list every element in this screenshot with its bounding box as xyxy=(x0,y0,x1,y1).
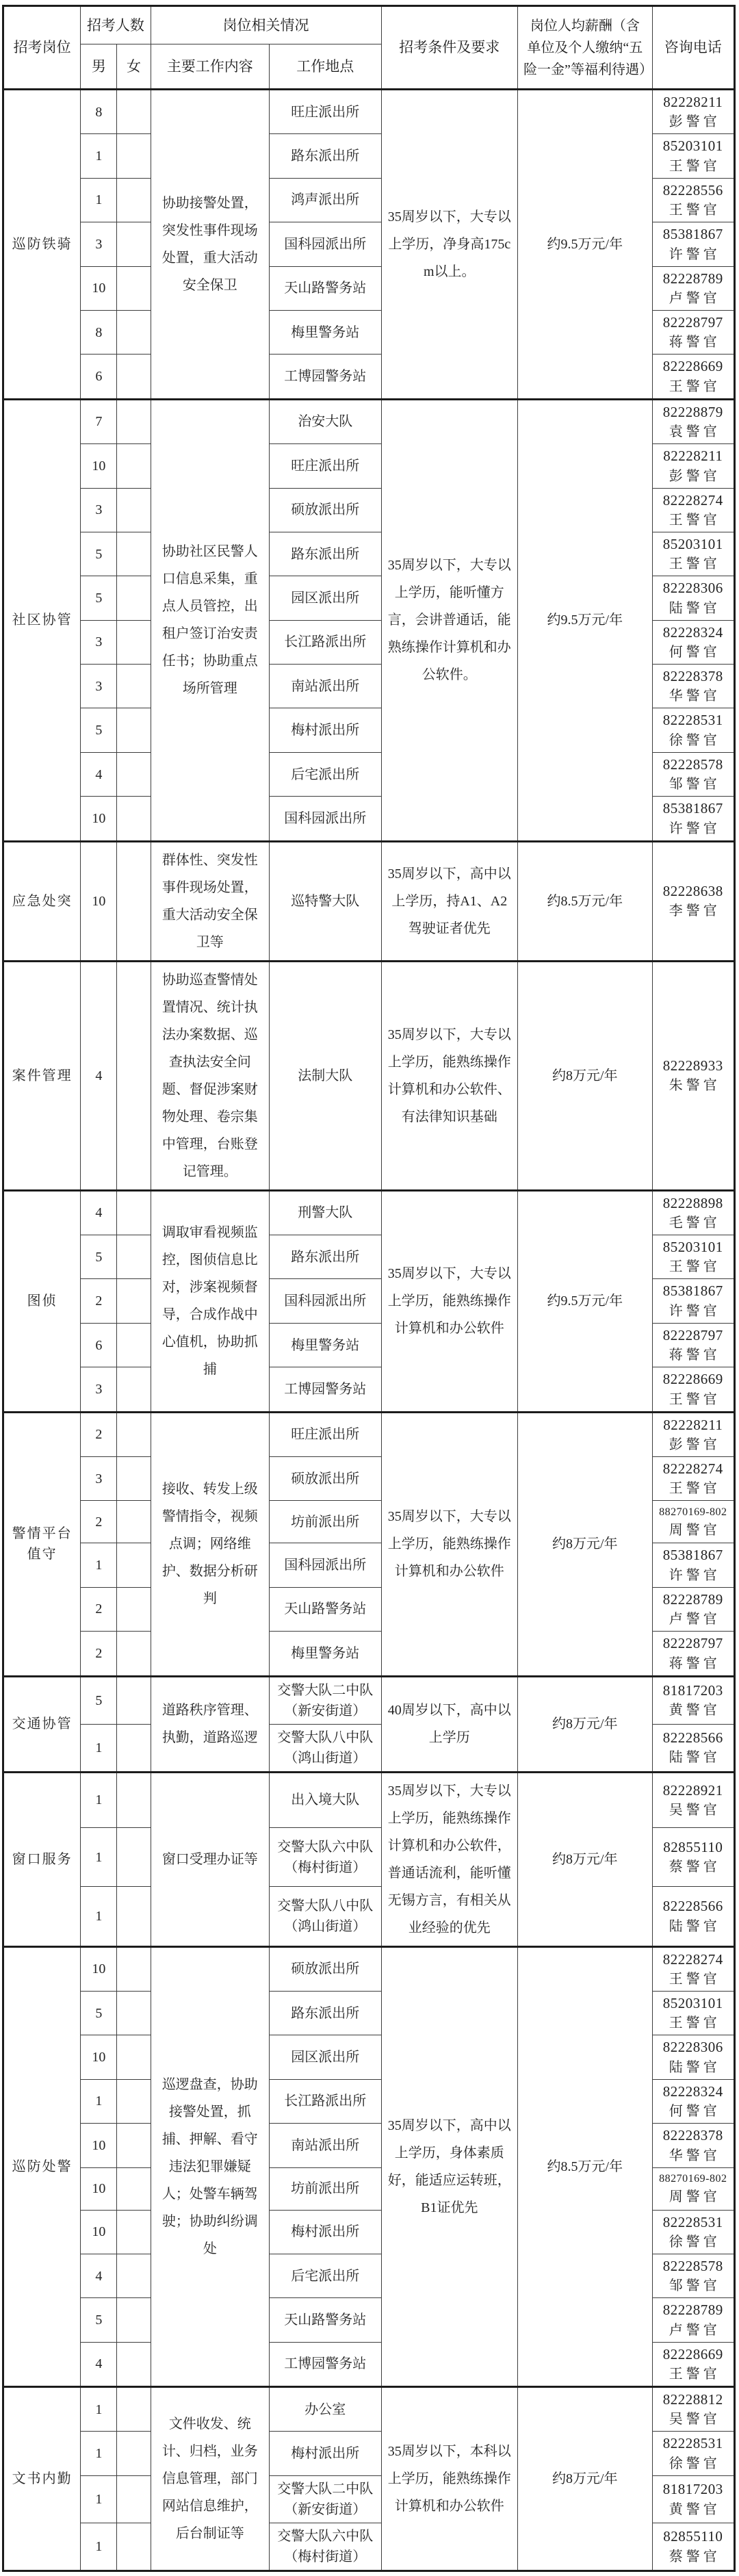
phone-cell: 82228879袁警官 xyxy=(652,399,734,443)
position-cell: 巡防处警 xyxy=(3,1946,81,2387)
location-cell: 国科园派出所 xyxy=(270,1543,381,1587)
location-cell: 巡特警大队 xyxy=(270,841,381,961)
header-requirement: 招考条件及要求 xyxy=(381,6,518,90)
phone-number: 82228638 xyxy=(654,881,732,901)
location-cell: 鸿声派出所 xyxy=(270,178,381,222)
female-count-cell xyxy=(117,1828,151,1887)
contact-name: 王警官 xyxy=(654,157,732,176)
phone-cell: 88270169-802周警官 xyxy=(652,2167,734,2210)
phone-number: 82228566 xyxy=(654,1728,732,1748)
phone-number: 82228324 xyxy=(654,623,732,643)
phone-cell: 82228556王警官 xyxy=(652,178,734,222)
phone-number: 82228531 xyxy=(654,2434,732,2453)
male-count-cell: 4 xyxy=(81,961,117,1190)
position-cell: 文书内勤 xyxy=(3,2387,81,2571)
location-cell: 工博园警务站 xyxy=(270,2342,381,2386)
female-count-cell xyxy=(117,1456,151,1500)
phone-number: 82228578 xyxy=(654,755,732,775)
male-count-cell: 2 xyxy=(81,1412,117,1456)
phone-cell: 82855110蔡警官 xyxy=(652,1828,734,1887)
male-count-cell: 8 xyxy=(81,90,117,134)
phone-cell: 82228933朱警官 xyxy=(652,961,734,1190)
contact-name: 王警官 xyxy=(654,554,732,574)
location-cell: 路东派出所 xyxy=(270,532,381,576)
location-cell: 工博园警务站 xyxy=(270,355,381,399)
male-count-cell: 1 xyxy=(81,2475,117,2523)
work-content-cell: 群体性、突发性事件现场处置，重大活动安全保卫等 xyxy=(151,841,269,961)
location-cell: 旺庄派出所 xyxy=(270,90,381,134)
contact-name: 卢警官 xyxy=(654,2321,732,2340)
contact-name: 卢警官 xyxy=(654,1610,732,1629)
phone-number: 82228566 xyxy=(654,1896,732,1916)
phone-cell: 85203101王警官 xyxy=(652,134,734,178)
male-count-cell: 4 xyxy=(81,2342,117,2386)
male-count-cell: 10 xyxy=(81,797,117,841)
phone-cell: 82228898毛警官 xyxy=(652,1190,734,1235)
contact-name: 华警官 xyxy=(654,686,732,706)
contact-name: 何警官 xyxy=(654,643,732,662)
female-count-cell xyxy=(117,708,151,752)
phone-cell: 82228324何警官 xyxy=(652,620,734,664)
contact-name: 许警官 xyxy=(654,1566,732,1585)
contact-name: 蔡警官 xyxy=(654,1857,732,1877)
work-content-cell: 协助巡查警情处置情况、统计执法办案数据、巡查执法安全问题、督促涉案财物处理、卷宗… xyxy=(151,961,269,1190)
location-cell: 梅里警务站 xyxy=(270,310,381,354)
male-count-cell: 3 xyxy=(81,222,117,266)
female-count-cell xyxy=(117,266,151,310)
position-cell: 巡防铁骑 xyxy=(3,90,81,400)
phone-cell: 82228274王警官 xyxy=(652,1456,734,1500)
location-cell: 交警大队八中队（鸿山街道） xyxy=(270,1724,381,1772)
phone-number: 82228306 xyxy=(654,578,732,598)
phone-cell: 82228211彭警官 xyxy=(652,444,734,488)
contact-name: 彭警官 xyxy=(654,112,732,131)
contact-name: 王警官 xyxy=(654,2013,732,2033)
contact-name: 王警官 xyxy=(654,511,732,530)
contact-name: 王警官 xyxy=(654,377,732,396)
phone-number: 82228306 xyxy=(654,2037,732,2057)
location-cell: 天山路警务站 xyxy=(270,2298,381,2342)
phone-cell: 82228566陆警官 xyxy=(652,1724,734,1772)
contact-name: 陆警官 xyxy=(654,599,732,618)
phone-cell: 88270169-802周警官 xyxy=(652,1501,734,1543)
male-count-cell: 5 xyxy=(81,1235,117,1279)
contact-name: 朱警官 xyxy=(654,1076,732,1095)
male-count-cell: 10 xyxy=(81,2210,117,2254)
phone-number: 82228812 xyxy=(654,2390,732,2410)
female-count-cell xyxy=(117,2342,151,2386)
table-row: 文书内勤1文件收发、统计、归档，业务信息管理，部门网站信息维护，后台制证等办公室… xyxy=(3,2387,735,2432)
table-row: 窗口服务1窗口受理办证等出入境大队35周岁以下，大专以上学历，能熟练操作计算机和… xyxy=(3,1772,735,1828)
phone-cell: 82228797蒋警官 xyxy=(652,1632,734,1676)
male-count-cell: 10 xyxy=(81,1946,117,1991)
location-cell: 后宅派出所 xyxy=(270,2254,381,2297)
phone-number: 82228274 xyxy=(654,491,732,511)
phone-number: 82855110 xyxy=(654,2527,732,2547)
requirement-cell: 35周岁以下，大专以上学历，能熟练操作计算机和办公软件 xyxy=(381,1190,518,1412)
location-cell: 治安大队 xyxy=(270,399,381,443)
location-cell: 国科园派出所 xyxy=(270,797,381,841)
female-count-cell xyxy=(117,1946,151,1991)
female-count-cell xyxy=(117,1323,151,1367)
female-count-cell xyxy=(117,2387,151,2432)
male-count-cell: 1 xyxy=(81,2432,117,2475)
salary-cell: 约8万元/年 xyxy=(518,1412,653,1676)
phone-cell: 82228578邹警官 xyxy=(652,2254,734,2297)
phone-number: 82228797 xyxy=(654,1634,732,1653)
location-cell: 工博园警务站 xyxy=(270,1367,381,1412)
contact-name: 吴警官 xyxy=(654,1801,732,1820)
contact-name: 蒋警官 xyxy=(654,1654,732,1673)
female-count-cell xyxy=(117,1279,151,1323)
header-work-content: 主要工作内容 xyxy=(151,44,269,90)
phone-number: 85381867 xyxy=(654,224,732,244)
salary-cell: 约8万元/年 xyxy=(518,1772,653,1946)
female-count-cell xyxy=(117,2035,151,2079)
header-work-location: 工作地点 xyxy=(270,44,381,90)
location-cell: 旺庄派出所 xyxy=(270,444,381,488)
phone-cell: 81817203黄警官 xyxy=(652,2475,734,2523)
phone-cell: 82228638李警官 xyxy=(652,841,734,961)
phone-number: 82228789 xyxy=(654,1590,732,1610)
phone-number: 82228556 xyxy=(654,181,732,201)
phone-number: 82228669 xyxy=(654,2345,732,2365)
male-count-cell: 10 xyxy=(81,266,117,310)
male-count-cell: 1 xyxy=(81,134,117,178)
contact-name: 徐警官 xyxy=(654,2232,732,2252)
phone-number: 82228211 xyxy=(654,92,732,112)
male-count-cell: 3 xyxy=(81,665,117,708)
phone-cell: 82228789卢警官 xyxy=(652,1587,734,1631)
contact-name: 华警官 xyxy=(654,2146,732,2165)
female-count-cell xyxy=(117,1543,151,1587)
female-count-cell xyxy=(117,2079,151,2123)
female-count-cell xyxy=(117,2475,151,2523)
male-count-cell: 1 xyxy=(81,1887,117,1946)
phone-number: 82855110 xyxy=(654,1838,732,1857)
header-female: 女 xyxy=(117,44,151,90)
male-count-cell: 6 xyxy=(81,355,117,399)
location-cell: 坊前派出所 xyxy=(270,2167,381,2210)
female-count-cell xyxy=(117,134,151,178)
phone-cell: 82228578邹警官 xyxy=(652,752,734,796)
location-cell: 梅里警务站 xyxy=(270,1632,381,1676)
female-count-cell xyxy=(117,620,151,664)
phone-number: 82228274 xyxy=(654,1459,732,1479)
location-cell: 硕放派出所 xyxy=(270,488,381,532)
female-count-cell xyxy=(117,1412,151,1456)
location-cell: 旺庄派出所 xyxy=(270,1412,381,1456)
male-count-cell: 1 xyxy=(81,1543,117,1587)
contact-name: 蒋警官 xyxy=(654,333,732,352)
female-count-cell xyxy=(117,488,151,532)
location-cell: 坊前派出所 xyxy=(270,1501,381,1543)
male-count-cell: 3 xyxy=(81,488,117,532)
phone-number: 82228797 xyxy=(654,313,732,333)
location-cell: 国科园派出所 xyxy=(270,1279,381,1323)
work-content-cell: 巡逻盘查，协助接警处置，抓捕、押解、看守违法犯罪嫌疑人；处警车辆驾驶；协助纠纷调… xyxy=(151,1946,269,2387)
phone-cell: 82228669王警官 xyxy=(652,2342,734,2386)
header-phone: 咨询电话 xyxy=(652,6,734,90)
phone-number: 82228933 xyxy=(654,1056,732,1076)
location-cell: 出入境大队 xyxy=(270,1772,381,1828)
female-count-cell xyxy=(117,1190,151,1235)
female-count-cell xyxy=(117,90,151,134)
phone-number: 82228211 xyxy=(654,446,732,466)
position-cell: 社区协管 xyxy=(3,399,81,841)
male-count-cell: 1 xyxy=(81,2387,117,2432)
phone-number: 82228324 xyxy=(654,2082,732,2102)
location-cell: 硕放派出所 xyxy=(270,1946,381,1991)
position-cell: 警情平台值守 xyxy=(3,1412,81,1676)
phone-cell: 81817203黄警官 xyxy=(652,1676,734,1724)
header-row-1: 招考岗位 招考人数 岗位相关情况 招考条件及要求 岗位人均薪酬（含单位及个人缴纳… xyxy=(3,6,735,44)
male-count-cell: 10 xyxy=(81,444,117,488)
male-count-cell: 7 xyxy=(81,399,117,443)
table-row: 图侦4调取审看视频监控，图侦信息比对，涉案视频督导，合成作战中心值机，协助抓捕刑… xyxy=(3,1190,735,1235)
male-count-cell: 3 xyxy=(81,1367,117,1412)
table-row: 警情平台值守2接收、转发上级警情指令，视频点调；网络维护、数据分析研判旺庄派出所… xyxy=(3,1412,735,1456)
recruitment-table: 招考岗位 招考人数 岗位相关情况 招考条件及要求 岗位人均薪酬（含单位及个人缴纳… xyxy=(2,5,736,2572)
contact-name: 许警官 xyxy=(654,1302,732,1321)
female-count-cell xyxy=(117,2254,151,2297)
position-cell: 图侦 xyxy=(3,1190,81,1412)
requirement-cell: 35周岁以下，大专以上学历，能熟练操作计算机和办公软件，普通话流利，能听懂无锡方… xyxy=(381,1772,518,1946)
female-count-cell xyxy=(117,178,151,222)
phone-cell: 82228789卢警官 xyxy=(652,266,734,310)
salary-cell: 约9.5万元/年 xyxy=(518,1190,653,1412)
contact-name: 彭警官 xyxy=(654,1435,732,1454)
female-count-cell xyxy=(117,2167,151,2210)
location-cell: 刑警大队 xyxy=(270,1190,381,1235)
male-count-cell: 3 xyxy=(81,620,117,664)
contact-name: 陆警官 xyxy=(654,1748,732,1767)
contact-name: 邹警官 xyxy=(654,2276,732,2295)
contact-name: 徐警官 xyxy=(654,2454,732,2473)
header-position: 招考岗位 xyxy=(3,6,81,90)
female-count-cell xyxy=(117,1772,151,1828)
phone-number: 85203101 xyxy=(654,534,732,554)
male-count-cell: 2 xyxy=(81,1279,117,1323)
phone-cell: 85381867许警官 xyxy=(652,797,734,841)
phone-number: 82228578 xyxy=(654,2256,732,2276)
location-cell: 南站派出所 xyxy=(270,2124,381,2167)
male-count-cell: 1 xyxy=(81,1772,117,1828)
location-cell: 后宅派出所 xyxy=(270,752,381,796)
female-count-cell xyxy=(117,222,151,266)
phone-cell: 82228274王警官 xyxy=(652,1946,734,1991)
requirement-cell: 35周岁以下，大专以上学历，能听懂方言，会讲普通话，能熟练操作计算机和办公软件。 xyxy=(381,399,518,841)
table-row: 交通协管5道路秩序管理、执勤，道路巡逻交警大队二中队（新安街道）40周岁以下，高… xyxy=(3,1676,735,1724)
male-count-cell: 10 xyxy=(81,2167,117,2210)
male-count-cell: 5 xyxy=(81,576,117,620)
phone-cell: 85203101王警官 xyxy=(652,1235,734,1279)
female-count-cell xyxy=(117,841,151,961)
phone-cell: 85381867许警官 xyxy=(652,1279,734,1323)
header-info: 岗位相关情况 xyxy=(151,6,381,44)
female-count-cell xyxy=(117,961,151,1190)
requirement-cell: 35周岁以下，高中以上学历，身体素质好，能适应运转班，B1证优先 xyxy=(381,1946,518,2387)
phone-number: 85203101 xyxy=(654,1237,732,1257)
female-count-cell xyxy=(117,444,151,488)
table-row: 应急处突10群体性、突发性事件现场处置，重大活动安全保卫等巡特警大队35周岁以下… xyxy=(3,841,735,961)
location-cell: 梅村派出所 xyxy=(270,708,381,752)
phone-cell: 85203101王警官 xyxy=(652,1991,734,2035)
header-count: 招考人数 xyxy=(81,6,151,44)
work-content-cell: 道路秩序管理、执勤，道路巡逻 xyxy=(151,1676,269,1772)
position-cell: 应急处突 xyxy=(3,841,81,961)
phone-number: 82228211 xyxy=(654,1415,732,1435)
phone-number: 82228789 xyxy=(654,2300,732,2320)
phone-number: 85381867 xyxy=(654,799,732,819)
male-count-cell: 1 xyxy=(81,178,117,222)
female-count-cell xyxy=(117,1367,151,1412)
contact-name: 王警官 xyxy=(654,1390,732,1409)
phone-number: 85203101 xyxy=(654,1994,732,2013)
table-row: 巡防铁骑8协助接警处置，突发性事件现场处置，重大活动安全保卫旺庄派出所35周岁以… xyxy=(3,90,735,134)
male-count-cell: 4 xyxy=(81,2254,117,2297)
location-cell: 天山路警务站 xyxy=(270,1587,381,1631)
male-count-cell: 4 xyxy=(81,1190,117,1235)
female-count-cell xyxy=(117,399,151,443)
phone-number: 82228789 xyxy=(654,269,732,289)
female-count-cell xyxy=(117,2523,151,2571)
phone-cell: 82228306陆警官 xyxy=(652,2035,734,2079)
male-count-cell: 5 xyxy=(81,2298,117,2342)
work-content-cell: 调取审看视频监控，图侦信息比对，涉案视频督导，合成作战中心值机，协助抓捕 xyxy=(151,1190,269,1412)
location-cell: 园区派出所 xyxy=(270,576,381,620)
contact-name: 陆警官 xyxy=(654,1917,732,1936)
phone-number: 81817203 xyxy=(654,2480,732,2499)
location-cell: 路东派出所 xyxy=(270,1991,381,2035)
contact-name: 卢警官 xyxy=(654,289,732,308)
phone-cell: 82228669王警官 xyxy=(652,1367,734,1412)
position-cell: 窗口服务 xyxy=(3,1772,81,1946)
phone-number: 82228921 xyxy=(654,1781,732,1801)
contact-name: 王警官 xyxy=(654,201,732,220)
location-cell: 园区派出所 xyxy=(270,2035,381,2079)
table-header: 招考岗位 招考人数 岗位相关情况 招考条件及要求 岗位人均薪酬（含单位及个人缴纳… xyxy=(3,6,735,90)
work-content-cell: 窗口受理办证等 xyxy=(151,1772,269,1946)
phone-cell: 82228669王警官 xyxy=(652,355,734,399)
contact-name: 何警官 xyxy=(654,2102,732,2121)
female-count-cell xyxy=(117,1991,151,2035)
location-cell: 交警大队六中队（梅村街道） xyxy=(270,2523,381,2571)
phone-number: 88270169-802 xyxy=(654,1504,732,1521)
requirement-cell: 35周岁以下，大专以上学历，能熟练操作计算机和办公软件 xyxy=(381,1412,518,1676)
phone-number: 82228531 xyxy=(654,2213,732,2232)
male-count-cell: 1 xyxy=(81,2079,117,2123)
work-content-cell: 协助社区民警人口信息采集，重点人员管控，出租户签订治安责任书；协助重点场所管理 xyxy=(151,399,269,841)
contact-name: 许警官 xyxy=(654,245,732,264)
female-count-cell xyxy=(117,2124,151,2167)
phone-cell: 82228378华警官 xyxy=(652,2124,734,2167)
phone-number: 88270169-802 xyxy=(654,2171,732,2187)
phone-number: 82228531 xyxy=(654,710,732,730)
phone-number: 85381867 xyxy=(654,1281,732,1301)
phone-number: 82228898 xyxy=(654,1194,732,1213)
male-count-cell: 1 xyxy=(81,1724,117,1772)
location-cell: 长江路派出所 xyxy=(270,2079,381,2123)
male-count-cell: 5 xyxy=(81,1676,117,1724)
contact-name: 蒋警官 xyxy=(654,1345,732,1365)
position-cell: 案件管理 xyxy=(3,961,81,1190)
female-count-cell xyxy=(117,752,151,796)
male-count-cell: 4 xyxy=(81,752,117,796)
location-cell: 梅里警务站 xyxy=(270,1323,381,1367)
female-count-cell xyxy=(117,1235,151,1279)
contact-name: 邹警官 xyxy=(654,775,732,794)
phone-cell: 85203101王警官 xyxy=(652,532,734,576)
requirement-cell: 35周岁以下，大专以上学历，能熟练操作计算机和办公软件、有法律知识基础 xyxy=(381,961,518,1190)
salary-cell: 约8万元/年 xyxy=(518,961,653,1190)
contact-name: 彭警官 xyxy=(654,467,732,486)
header-male: 男 xyxy=(81,44,117,90)
header-salary: 岗位人均薪酬（含单位及个人缴纳“五险一金”等福利待遇） xyxy=(518,6,653,90)
male-count-cell: 1 xyxy=(81,1828,117,1887)
female-count-cell xyxy=(117,1501,151,1543)
female-count-cell xyxy=(117,2210,151,2254)
requirement-cell: 40周岁以下，高中以上学历 xyxy=(381,1676,518,1772)
phone-cell: 82228274王警官 xyxy=(652,488,734,532)
male-count-cell: 5 xyxy=(81,1991,117,2035)
phone-number: 85203101 xyxy=(654,136,732,156)
work-content-cell: 协助接警处置，突发性事件现场处置，重大活动安全保卫 xyxy=(151,90,269,400)
male-count-cell: 2 xyxy=(81,1632,117,1676)
requirement-cell: 35周岁以下，高中以上学历，持A1、A2驾驶证者优先 xyxy=(381,841,518,961)
male-count-cell: 10 xyxy=(81,2035,117,2079)
work-content-cell: 文件收发、统计、归档，业务信息管理，部门网站信息维护，后台制证等 xyxy=(151,2387,269,2571)
female-count-cell xyxy=(117,2298,151,2342)
table-row: 社区协管7协助社区民警人口信息采集，重点人员管控，出租户签订治安责任书；协助重点… xyxy=(3,399,735,443)
female-count-cell xyxy=(117,797,151,841)
location-cell: 梅村派出所 xyxy=(270,2210,381,2254)
male-count-cell: 2 xyxy=(81,1587,117,1631)
phone-cell: 82228531徐警官 xyxy=(652,2210,734,2254)
female-count-cell xyxy=(117,1724,151,1772)
contact-name: 王警官 xyxy=(654,1479,732,1498)
female-count-cell xyxy=(117,532,151,576)
phone-number: 82228797 xyxy=(654,1326,732,1345)
location-cell: 交警大队八中队（鸿山街道） xyxy=(270,1887,381,1946)
table-row: 巡防处警10巡逻盘查，协助接警处置，抓捕、押解、看守违法犯罪嫌疑人；处警车辆驾驶… xyxy=(3,1946,735,1991)
male-count-cell: 5 xyxy=(81,708,117,752)
phone-number: 81817203 xyxy=(654,1681,732,1701)
table-body: 巡防铁骑8协助接警处置，突发性事件现场处置，重大活动安全保卫旺庄派出所35周岁以… xyxy=(3,90,735,2571)
phone-number: 82228378 xyxy=(654,667,732,686)
male-count-cell: 8 xyxy=(81,310,117,354)
contact-name: 黄警官 xyxy=(654,2500,732,2519)
phone-cell: 82228789卢警官 xyxy=(652,2298,734,2342)
phone-cell: 82228211彭警官 xyxy=(652,1412,734,1456)
location-cell: 法制大队 xyxy=(270,961,381,1190)
phone-number: 82228274 xyxy=(654,1950,732,1970)
phone-cell: 82228797蒋警官 xyxy=(652,1323,734,1367)
salary-cell: 约9.5万元/年 xyxy=(518,399,653,841)
female-count-cell xyxy=(117,1587,151,1631)
contact-name: 周警官 xyxy=(654,2187,732,2206)
location-cell: 办公室 xyxy=(270,2387,381,2432)
contact-name: 王警官 xyxy=(654,2365,732,2384)
phone-cell: 82228566陆警官 xyxy=(652,1887,734,1946)
location-cell: 长江路派出所 xyxy=(270,620,381,664)
requirement-cell: 35周岁以下，大专以上学历，净身高175cm以上。 xyxy=(381,90,518,400)
salary-cell: 约8.5万元/年 xyxy=(518,841,653,961)
salary-cell: 约8万元/年 xyxy=(518,1676,653,1772)
female-count-cell xyxy=(117,310,151,354)
female-count-cell xyxy=(117,2432,151,2475)
location-cell: 国科园派出所 xyxy=(270,222,381,266)
